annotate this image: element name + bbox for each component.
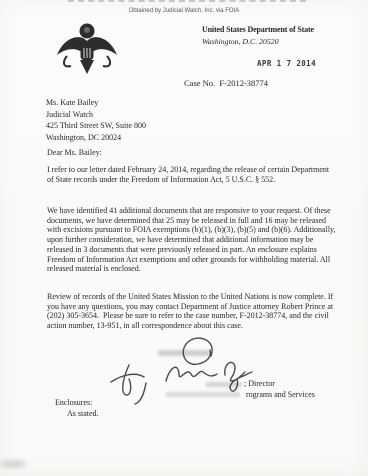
signer-title: ; Director [244, 379, 275, 388]
foia-watermark-line: Obtained by Judicial Watch, Inc. via FOI… [0, 8, 368, 14]
scanned-letter-page: Obtained by Judicial Watch, Inc. via FOI… [0, 0, 368, 476]
body-paragraph-1: I refer to our letter dated February 24,… [47, 165, 336, 184]
case-number-line: Case No. F-2012-38774 [184, 78, 268, 88]
salutation: Dear Ms. Bailey: [47, 148, 102, 157]
handwritten-signature [108, 334, 258, 406]
recipient-org: Judicial Watch [46, 109, 146, 121]
signer-office: rograms and Services [246, 390, 315, 399]
enclosures-label: Enclosures: [55, 398, 92, 407]
body-paragraph-2: We have identified 41 additional documen… [47, 206, 336, 274]
body-paragraph-3: Review of records of the United States M… [47, 292, 336, 331]
recipient-city: Washington, DC 20024 [46, 132, 146, 144]
scan-edge-artifact [68, 0, 306, 2]
enclosures-value: As stated. [67, 409, 99, 418]
great-seal-eagle-icon [55, 22, 119, 78]
recipient-address: Ms. Kate Bailey Judicial Watch 425 Third… [46, 97, 146, 143]
letterhead-agency: United States Department of State [202, 25, 314, 34]
recipient-street: 425 Third Street SW, Suite 800 [46, 120, 146, 132]
scan-corner-smudge [0, 460, 26, 468]
recipient-name: Ms. Kate Bailey [46, 97, 146, 109]
received-date-stamp: APR 1 7 2014 [257, 59, 316, 69]
letterhead-city: Washington, D.C. 20520 [202, 37, 279, 46]
